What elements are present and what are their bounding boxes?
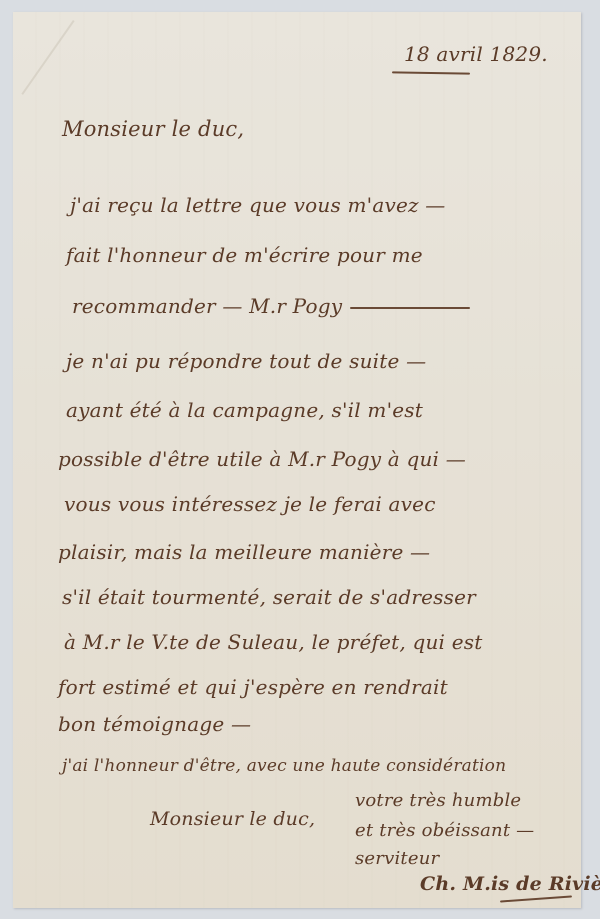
closing-line-3: serviteur — [355, 848, 439, 869]
line-filler-dash — [350, 307, 470, 309]
body-line-6: possible d'être utile à M.r Pogy à qui — — [58, 447, 466, 471]
salutation: Monsieur le duc, — [62, 117, 244, 141]
paper-fold-crease — [21, 20, 74, 95]
closing-salutation: Monsieur le duc, — [150, 808, 315, 830]
body-line-13: j'ai l'honneur d'être, avec une haute co… — [62, 756, 506, 776]
signature: Ch. M.is de Rivière — [420, 873, 600, 895]
body-line-8: plaisir, mais la meilleure manière — — [58, 540, 430, 564]
body-line-4: je n'ai pu répondre tout de suite — — [66, 349, 426, 373]
body-line-5: ayant été à la campagne, s'il m'est — [66, 398, 423, 422]
body-line-2: fait l'honneur de m'écrire pour me — [66, 243, 423, 267]
closing-line-2: et très obéissant — — [355, 820, 534, 841]
body-line-1: j'ai reçu la lettre que vous m'avez — — [70, 193, 446, 217]
body-line-10: à M.r le V.te de Suleau, le préfet, qui … — [64, 630, 482, 654]
body-line-9: s'il était tourmenté, serait de s'adress… — [62, 585, 476, 609]
body-line-11: fort estimé et qui j'espère en rendrait — [58, 675, 448, 699]
body-line-12: bon témoignage — — [58, 712, 251, 736]
closing-line-1: votre très humble — [355, 790, 521, 811]
letter-date: 18 avril 1829. — [404, 42, 548, 66]
body-line-7: vous vous intéressez je le ferai avec — [64, 492, 436, 516]
body-line-3: recommander — M.r Pogy — [72, 294, 470, 318]
